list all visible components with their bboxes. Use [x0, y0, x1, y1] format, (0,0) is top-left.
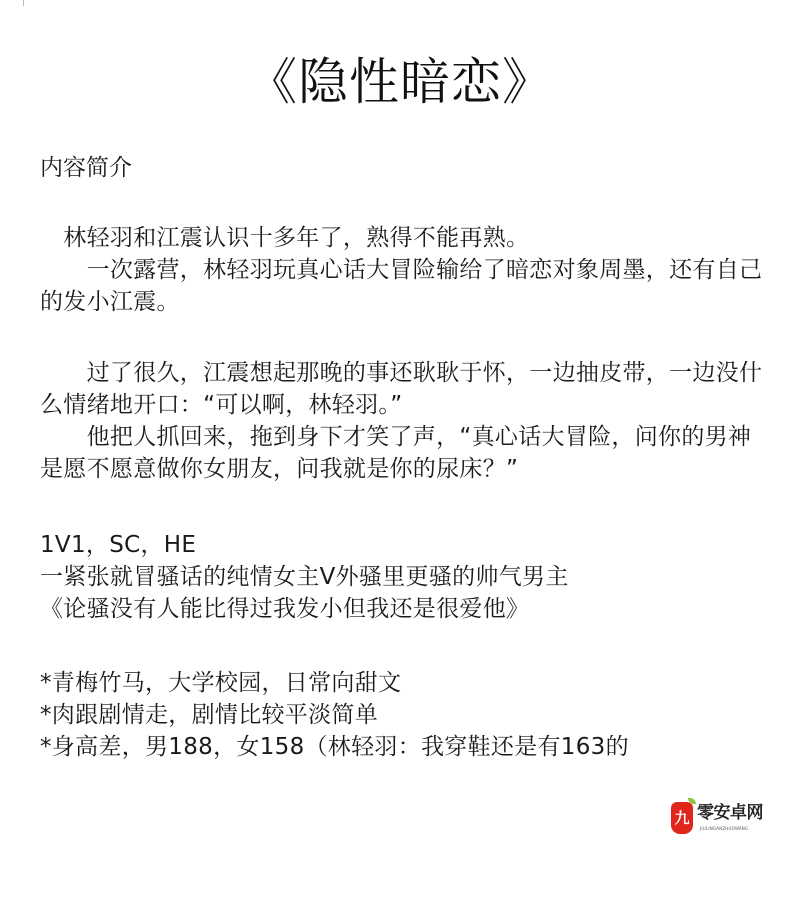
- intro-line: 的发小江震。: [40, 286, 180, 318]
- watermark-logo: 九 零安卓网 JIULINGANZHUOWANG: [671, 797, 766, 841]
- tag-line: 1V1，SC，HE: [40, 529, 196, 561]
- corner-mark: [23, 0, 24, 6]
- logo-name: 零安卓网: [697, 803, 763, 823]
- section-label-synopsis: 内容简介: [40, 152, 132, 184]
- intro-line: 林轻羽和江震认识十多年了，熟得不能再熟。: [40, 222, 529, 254]
- intro-line: 一次露营，林轻羽玩真心话大冒险输给了暗恋对象周墨，还有自己: [40, 254, 762, 286]
- note-line: *身高差，男188，女158（林轻羽：我穿鞋还是有163的: [40, 731, 629, 763]
- note-line: *青梅竹马，大学校园，日常向甜文: [40, 667, 401, 699]
- logo-subtitle: JIULINGANZHUOWANG: [700, 826, 748, 831]
- story-line: 他把人抓回来，拖到身下才笑了声，“真心话大冒险，问你的男神: [40, 421, 751, 453]
- tag-line: 一紧张就冒骚话的纯情女主V外骚里更骚的帅气男主: [40, 561, 569, 593]
- story-line: 么情绪地开口：“可以啊，林轻羽。”: [40, 389, 402, 421]
- logo-badge-icon: 九: [671, 802, 693, 834]
- tag-line: 《论骚没有人能比得过我发小但我还是很爱他》: [40, 593, 529, 625]
- story-line: 是愿不愿意做你女朋友，问我就是你的尿床？”: [40, 453, 518, 485]
- story-line: 过了很久，江震想起那晚的事还耿耿于怀，一边抽皮带，一边没什: [40, 357, 762, 389]
- note-line: *肉跟剧情走，剧情比较平淡简单: [40, 699, 378, 731]
- book-title: 《隐性暗恋》: [0, 50, 800, 114]
